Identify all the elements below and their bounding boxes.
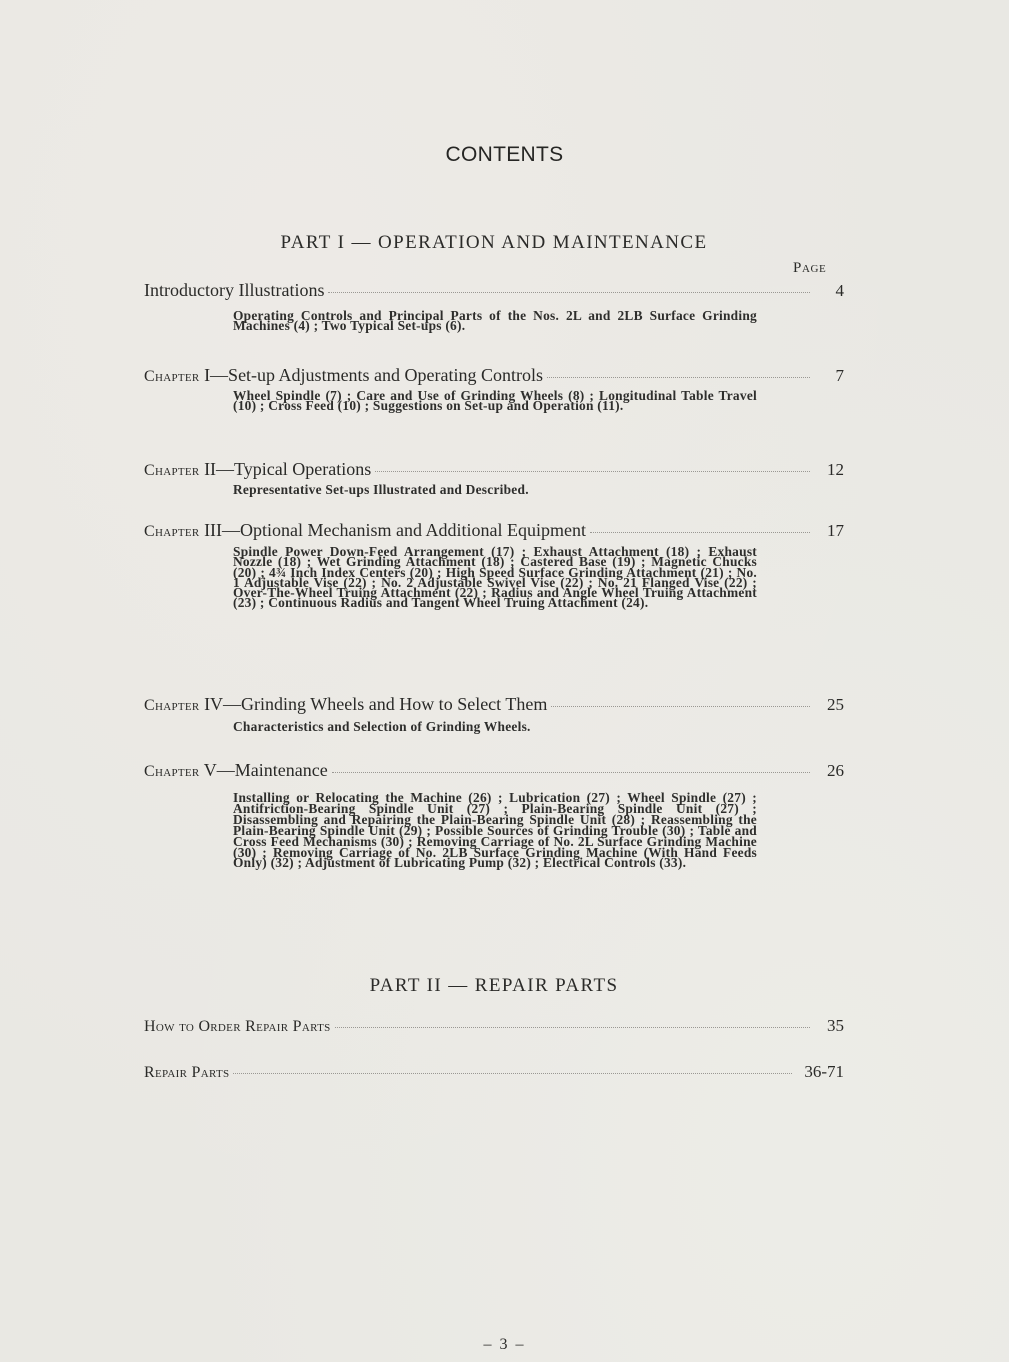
- toc-entry-how-to-order-repair-parts[interactable]: How to Order Repair Parts 35: [144, 1016, 844, 1036]
- dot-leader: [328, 292, 810, 293]
- toc-entry-page: 35: [822, 1016, 844, 1036]
- toc-entry-title: Chapter I—Set-up Adjustments and Operati…: [144, 365, 543, 386]
- part-2-heading: PART II — REPAIR PARTS: [0, 975, 988, 997]
- toc-entry-description: Representative Set-ups Illustrated and D…: [233, 485, 757, 495]
- toc-entry-page: 12: [822, 460, 844, 480]
- toc-entry-title: How to Order Repair Parts: [144, 1018, 331, 1036]
- dot-leader: [335, 1027, 810, 1028]
- toc-entry-chapter-4[interactable]: Chapter IV—Grinding Wheels and How to Se…: [144, 694, 844, 715]
- toc-entry-title: Chapter II—Typical Operations: [144, 459, 371, 480]
- toc-entry-title: Chapter III—Optional Mechanism and Addit…: [144, 520, 586, 541]
- page-title: CONTENTS: [0, 143, 1009, 167]
- toc-entry-page: 25: [822, 695, 844, 715]
- dot-leader: [551, 706, 810, 707]
- toc-entry-chapter-5[interactable]: Chapter V—Maintenance 26: [144, 760, 844, 781]
- toc-entry-repair-parts[interactable]: Repair Parts 36-71: [144, 1062, 844, 1082]
- toc-entry-description: Operating Controls and Principal Parts o…: [233, 311, 757, 332]
- toc-entry-description: Installing or Relocating the Machine (26…: [233, 793, 757, 869]
- toc-entry-description: Wheel Spindle (7) ; Care and Use of Grin…: [233, 391, 757, 412]
- part-1-heading: PART I — OPERATION AND MAINTENANCE: [0, 232, 988, 254]
- toc-entry-title: Chapter IV—Grinding Wheels and How to Se…: [144, 694, 547, 715]
- toc-entry-title: Chapter V—Maintenance: [144, 760, 328, 781]
- document-page: CONTENTS PART I — OPERATION AND MAINTENA…: [0, 0, 1009, 1362]
- toc-entry-description: Spindle Power Down-Feed Arrangement (17)…: [233, 547, 757, 609]
- toc-entry-description: Characteristics and Selection of Grindin…: [233, 722, 757, 732]
- toc-entry-page: 26: [822, 761, 844, 781]
- toc-entry-title: Repair Parts: [144, 1064, 229, 1082]
- dot-leader: [547, 377, 810, 378]
- toc-entry-chapter-1[interactable]: Chapter I—Set-up Adjustments and Operati…: [144, 365, 844, 386]
- dot-leader: [590, 532, 810, 533]
- page-number: – 3 –: [0, 1336, 1009, 1354]
- dot-leader: [233, 1073, 792, 1074]
- dot-leader: [375, 471, 810, 472]
- toc-entry-chapter-3[interactable]: Chapter III—Optional Mechanism and Addit…: [144, 520, 844, 541]
- toc-entry-title: Introductory Illustrations: [144, 280, 324, 301]
- toc-entry-page: 4: [822, 281, 844, 301]
- toc-entry-introductory-illustrations[interactable]: Introductory Illustrations 4: [144, 280, 844, 301]
- page-column-label: Page: [793, 260, 826, 277]
- toc-entry-chapter-2[interactable]: Chapter II—Typical Operations 12: [144, 459, 844, 480]
- toc-entry-page: 36-71: [804, 1062, 844, 1082]
- toc-entry-page: 7: [822, 366, 844, 386]
- toc-entry-page: 17: [822, 521, 844, 541]
- dot-leader: [332, 772, 810, 773]
